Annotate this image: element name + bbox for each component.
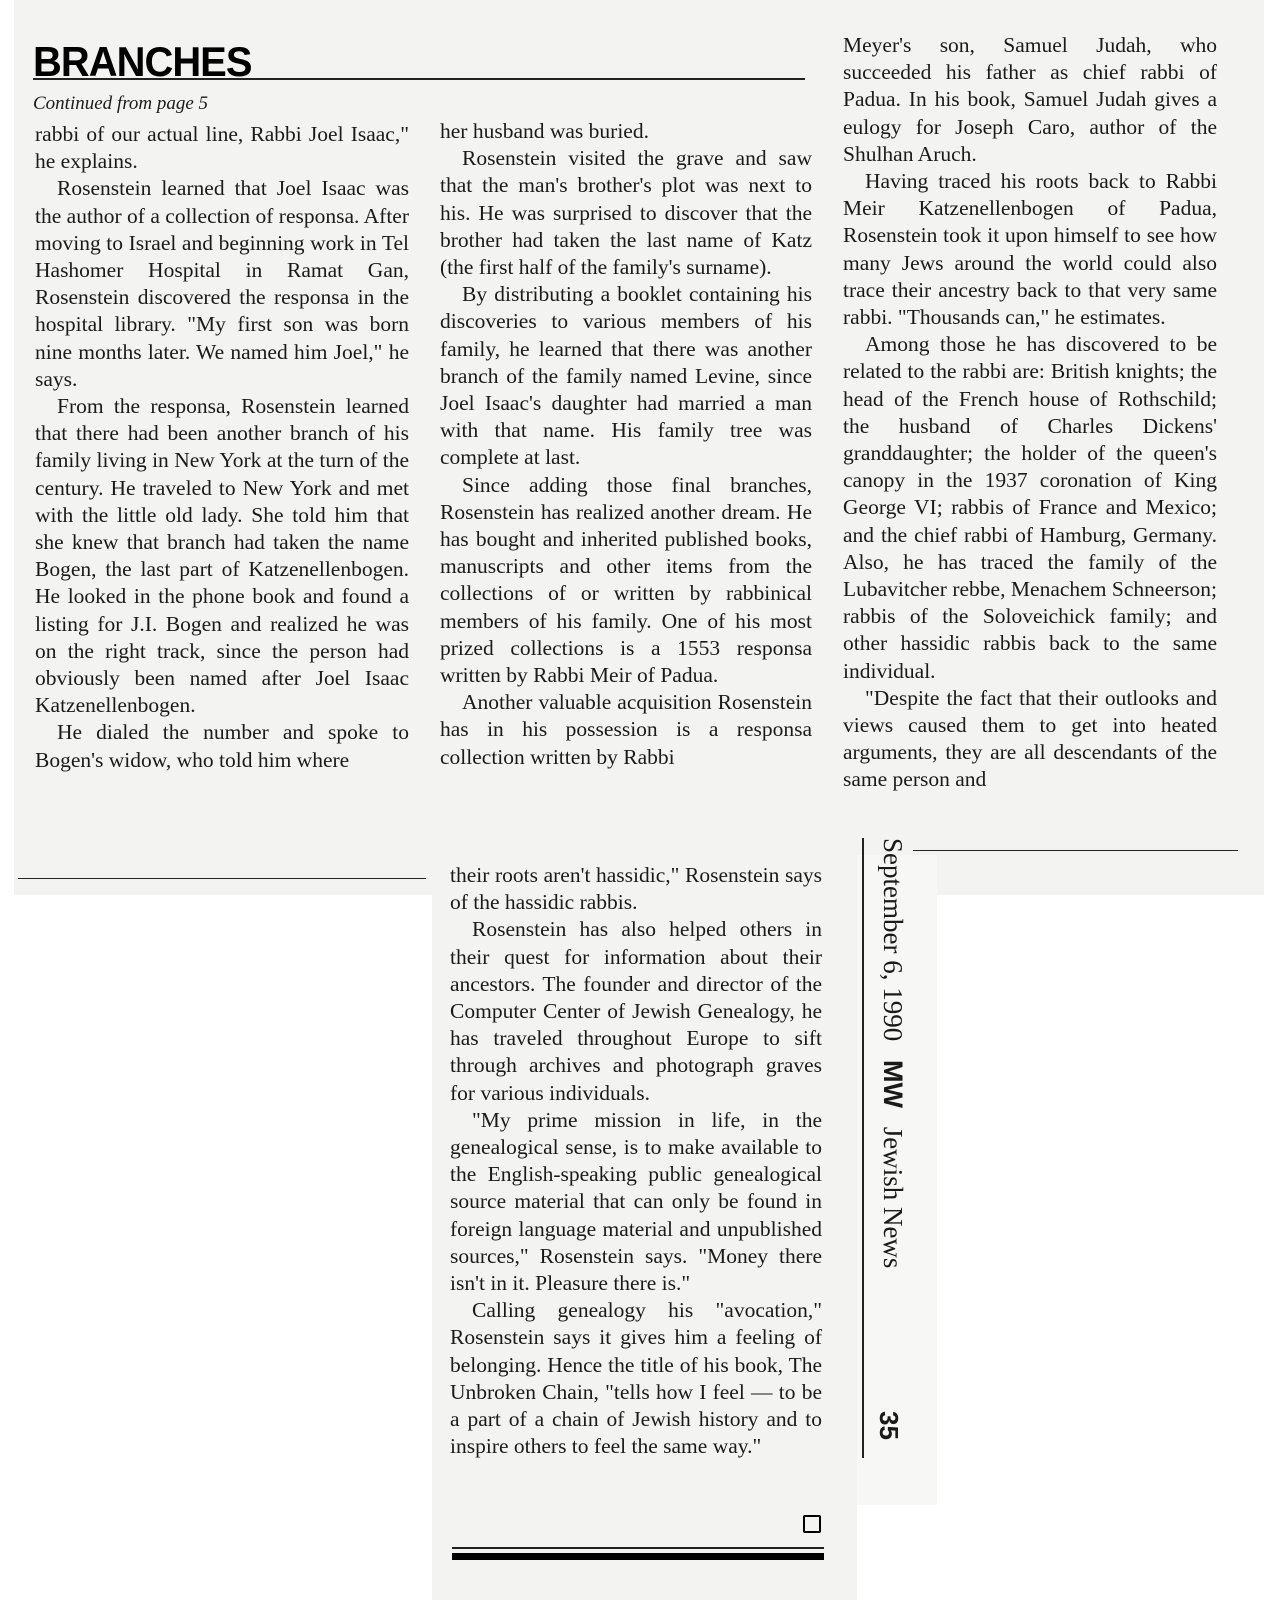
issue-date: September 6, 1990 (878, 838, 908, 1041)
paragraph: Among those he has discovered to be rela… (843, 331, 1217, 685)
column-3: Meyer's son, Samuel Judah, who succeeded… (843, 32, 1217, 794)
page-number: 35 (873, 1411, 904, 1440)
paragraph: Another valuable acquisition Rosenstein … (440, 689, 812, 771)
column-2: her husband was buried. Rosenstein visit… (440, 118, 812, 771)
paragraph: Since adding those final branches, Rosen… (440, 472, 812, 690)
paragraph: "My prime mission in life, in the geneal… (450, 1107, 822, 1297)
paragraph: He dialed the number and spoke to Bogen'… (35, 719, 409, 773)
end-mark-icon (803, 1515, 821, 1533)
paragraph: "Despite the fact that their outlooks an… (843, 685, 1217, 794)
paragraph: Rosenstein has also helped others in the… (450, 916, 822, 1106)
paragraph: Meyer's son, Samuel Judah, who succeeded… (843, 32, 1217, 168)
headline-rule (33, 78, 805, 80)
publication-name: Jewish News (878, 1127, 908, 1269)
paragraph: rabbi of our actual line, Rabbi Joel Isa… (35, 121, 409, 175)
paragraph: Calling genealogy his "avocation," Rosen… (450, 1297, 822, 1460)
bottom-thick-rule (452, 1553, 824, 1560)
paragraph: their roots aren't hassidic," Rosenstein… (450, 862, 822, 916)
dateline: September 6, 1990 MW Jewish News (868, 838, 908, 1478)
column-4: their roots aren't hassidic," Rosenstein… (450, 862, 822, 1460)
paragraph: her husband was buried. (440, 118, 812, 145)
column-3-end-rule (913, 850, 1238, 851)
paragraph: Rosenstein learned that Joel Isaac was t… (35, 175, 409, 393)
paragraph: Having traced his roots back to Rabbi Me… (843, 168, 1217, 331)
column-1-end-rule (18, 878, 426, 879)
paragraph: By distributing a booklet containing his… (440, 281, 812, 471)
paragraph: Rosenstein visited the grave and saw tha… (440, 145, 812, 281)
column-1: rabbi of our actual line, Rabbi Joel Isa… (35, 121, 409, 774)
continued-note: Continued from page 5 (33, 93, 208, 115)
paragraph: From the responsa, Rosenstein learned th… (35, 393, 409, 719)
publication-logo: MW (878, 1060, 908, 1108)
bottom-thin-rule (452, 1547, 824, 1549)
dateline-rule (862, 838, 864, 1458)
